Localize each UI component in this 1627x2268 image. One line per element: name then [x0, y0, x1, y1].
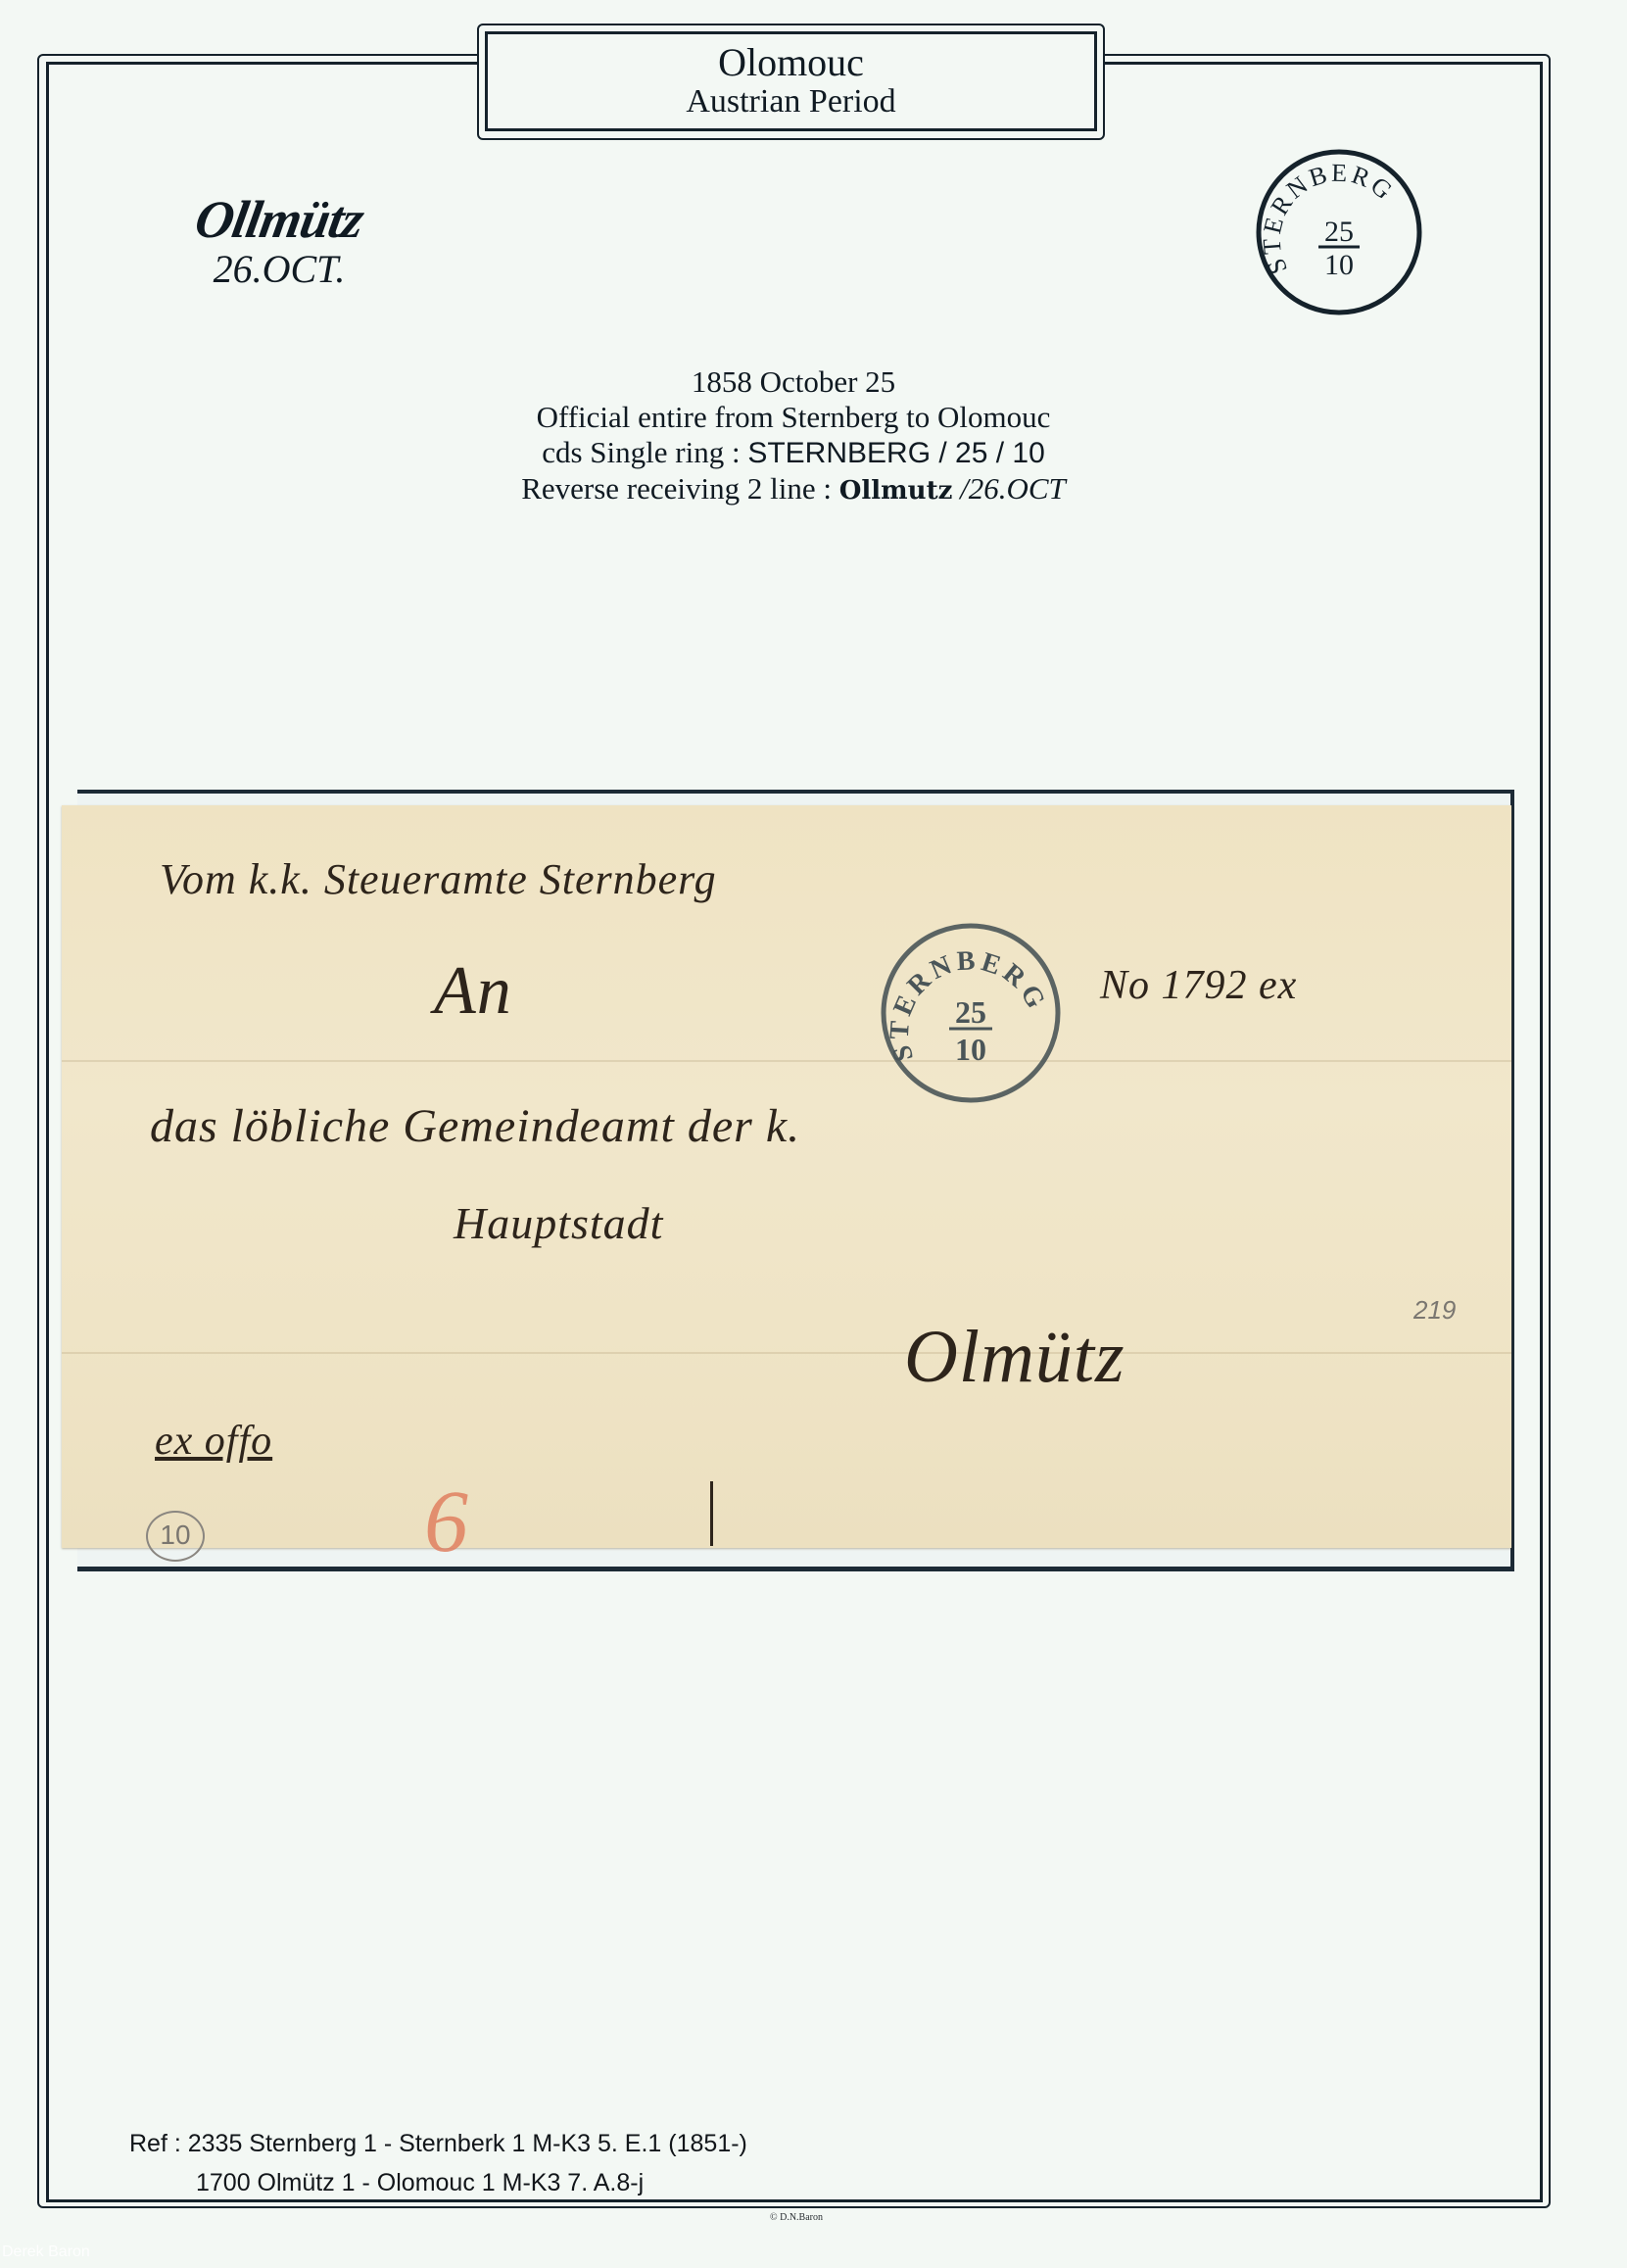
receiving-mark-date: 26.OCT. — [147, 248, 411, 291]
pencil-note-219: 219 — [1413, 1295, 1456, 1326]
manuscript-addressee: das löbliche Gemeindeamt der k. — [150, 1099, 800, 1153]
reference-line-1: Ref : 2335 Sternberg 1 - Sternberk 1 M-K… — [129, 2124, 747, 2163]
receiving-mark-name: Ollmütz — [191, 191, 367, 248]
description-receiving-date: /26.OCT — [960, 471, 1066, 506]
cover-postmark-month: 10 — [955, 1032, 986, 1067]
reference-line-2: 1700 Olmütz 1 - Olomouc 1 M-K3 7. A.8-j — [129, 2163, 747, 2202]
cover-description: 1858 October 25 Official entire from Ste… — [392, 364, 1195, 508]
reference-block: Ref : 2335 Sternberg 1 - Sternberk 1 M-K… — [129, 2124, 747, 2202]
description-cds-line: cds Single ring : STERNBERG / 25 / 10 — [392, 435, 1195, 471]
manuscript-number: No 1792 ex — [1100, 962, 1297, 1009]
receiving-mark-illustration: Ollmütz 26.OCT. — [147, 191, 411, 291]
cds-illustration: STERNBERG 25 10 — [1254, 147, 1424, 317]
description-date: 1858 October 25 — [392, 364, 1195, 400]
description-receiving-name: Ollmutz — [839, 476, 953, 506]
manuscript-ex-offo: ex offo — [155, 1418, 272, 1465]
cover-entire: Vom k.k. Steueramte Sternberg An No 1792… — [62, 805, 1511, 1548]
cover-postmark: STERNBERG 25 10 — [879, 921, 1063, 1105]
title-block: Olomouc Austrian Period — [485, 31, 1097, 131]
page-subtitle: Austrian Period — [686, 83, 895, 121]
description-summary: Official entire from Sternberg to Olomou… — [392, 400, 1195, 435]
cds-illus-day: 25 — [1324, 216, 1354, 248]
manuscript-destination: Olmütz — [904, 1315, 1125, 1400]
description-receiving-line: Reverse receiving 2 line : Ollmutz /26.O… — [392, 471, 1195, 508]
pencil-note-circled-10: 10 — [146, 1511, 205, 1562]
copyright-notice: © D.N.Baron — [770, 2212, 823, 2223]
manuscript-an: An — [434, 952, 512, 1031]
crayon-mark: 6 — [424, 1472, 468, 1572]
watermark: Derek Baron — [2, 2244, 90, 2261]
page-title: Olomouc — [718, 42, 864, 83]
cover-postmark-day: 25 — [955, 994, 986, 1030]
fold-line — [62, 1060, 1511, 1062]
manuscript-city-line: Hauptstadt — [454, 1197, 663, 1249]
description-cds-value: STERNBERG / 25 / 10 — [747, 437, 1044, 469]
description-cds-label: cds Single ring : — [542, 435, 747, 469]
description-receiving-label: Reverse receiving 2 line : — [521, 471, 839, 506]
fold-line — [62, 1352, 1511, 1354]
cds-illus-month: 10 — [1324, 249, 1354, 281]
pen-stroke — [710, 1481, 713, 1546]
manuscript-sender: Vom k.k. Steueramte Sternberg — [160, 854, 717, 904]
